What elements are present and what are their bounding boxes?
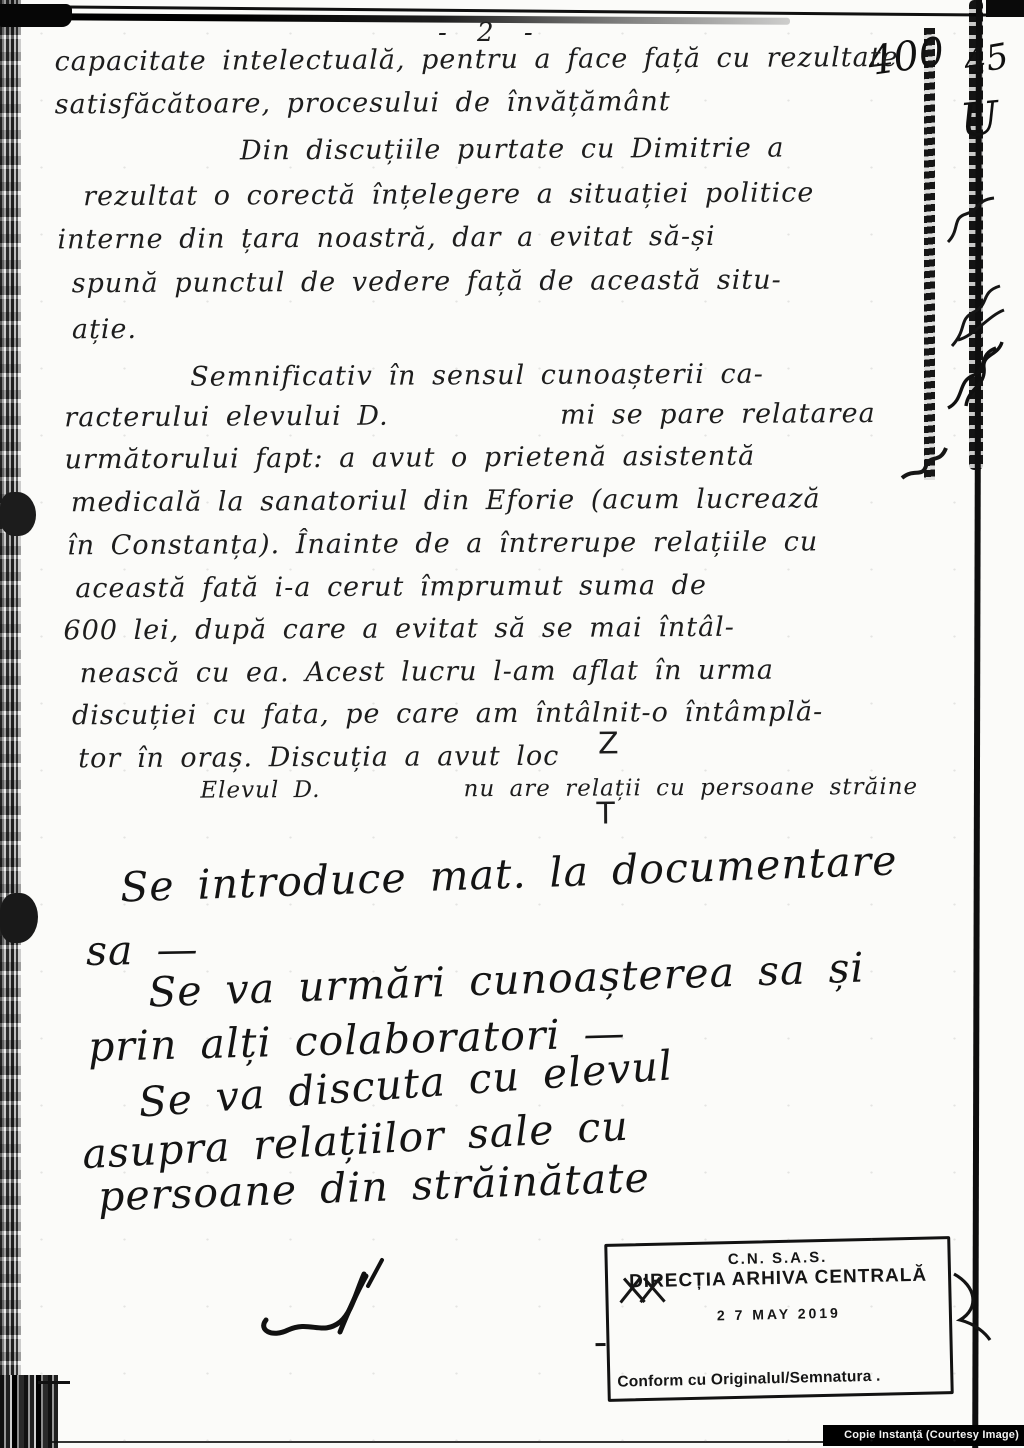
stamp-conform-line: Conform cu Originalul/Semnatura . — [617, 1368, 881, 1392]
scanned-document-page: - 2 - 400 45 U capacitate intelectuală, … — [0, 0, 1024, 1448]
archive-stamp: C.N. S.A.S. DIRECȚIA ARHIVA CENTRALĂ 2 7… — [604, 1236, 953, 1402]
resolution-line: sa — — [86, 929, 199, 972]
stamp-scribble-icon — [614, 1271, 675, 1308]
resolution-line: Se va urmări cunoașterea sa și — [148, 948, 866, 1014]
signature-scribble-icon — [248, 1246, 408, 1356]
resolution-block: Se introduce mat. la documentare sa — Se… — [0, 0, 1024, 1448]
watermark-credit: Copie Instanță (Courtesy Image) — [823, 1425, 1024, 1446]
scan-artifact-tick — [596, 1343, 606, 1346]
resolution-line: Se introduce mat. la documentare — [120, 840, 899, 908]
